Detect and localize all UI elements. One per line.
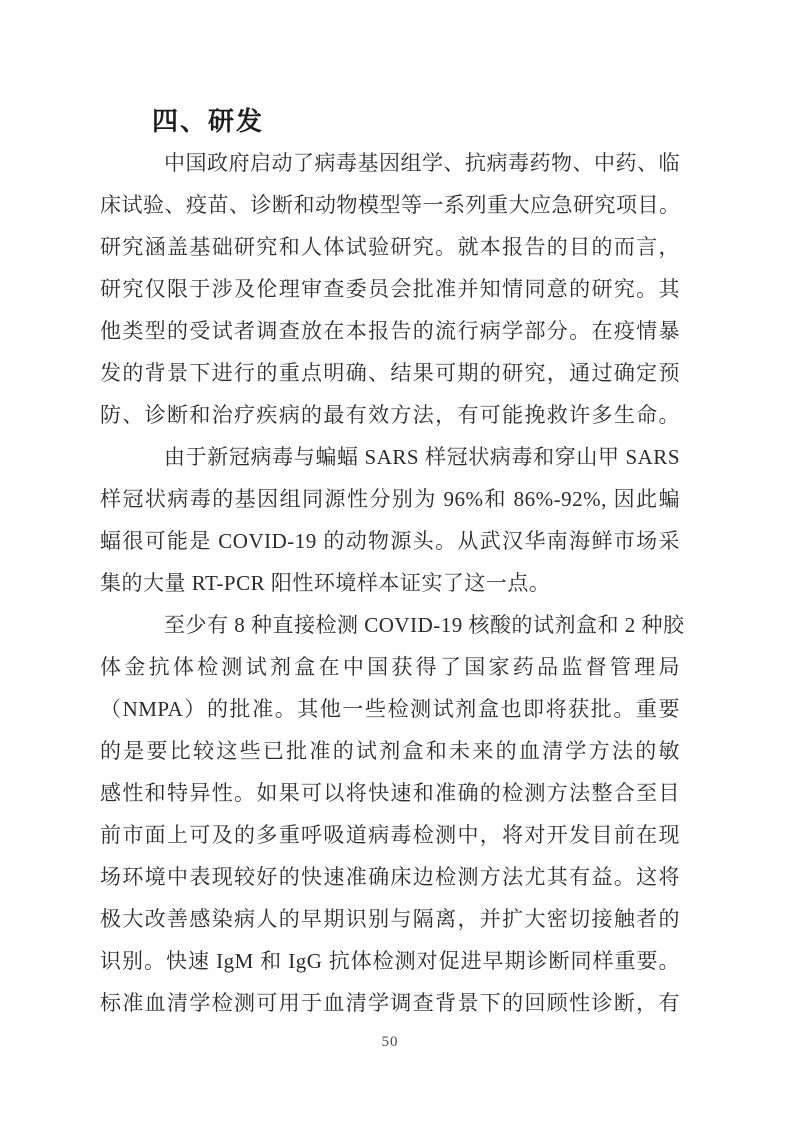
text-line: 感性和特异性。如果可以将快速和准确的检测方法整合至目 (100, 772, 680, 814)
document-page: 四、研发 中国政府启动了病毒基因组学、抗病毒药物、中药、临 床试验、疫苗、诊断和… (0, 0, 800, 1131)
text-line: 发的背景下进行的重点明确、结果可期的研究，通过确定预 (100, 352, 680, 394)
text-line: 至少有 8 种直接检测 COVID-19 核酸的试剂盒和 2 种胶 (100, 604, 680, 646)
text-line: 研究仅限于涉及伦理审查委员会批准并知情同意的研究。其 (100, 268, 680, 310)
text-line: 防、诊断和治疗疾病的最有效方法，有可能挽救许多生命。 (100, 394, 680, 436)
text-line: 样冠状病毒的基因组同源性分别为 96%和 86%-92%, 因此蝙 (100, 478, 680, 520)
text-line: 研究涵盖基础研究和人体试验研究。就本报告的目的而言， (100, 226, 680, 268)
text-line: 中国政府启动了病毒基因组学、抗病毒药物、中药、临 (100, 142, 680, 184)
text-line: 集的大量 RT-PCR 阳性环境样本证实了这一点。 (100, 562, 680, 604)
text-line: 识别。快速 IgM 和 IgG 抗体检测对促进早期诊断同样重要。 (100, 940, 680, 982)
text-line: 前市面上可及的多重呼吸道病毒检测中，将对开发目前在现 (100, 814, 680, 856)
section-heading: 四、研发 (100, 100, 680, 142)
text-line: 他类型的受试者调查放在本报告的流行病学部分。在疫情暴 (100, 310, 680, 352)
text-line: 由于新冠病毒与蝙蝠 SARS 样冠状病毒和穿山甲 SARS (100, 436, 680, 478)
paragraph-2: 由于新冠病毒与蝙蝠 SARS 样冠状病毒和穿山甲 SARS 样冠状病毒的基因组同… (100, 436, 680, 604)
text-line: 标准血清学检测可用于血清学调查背景下的回顾性诊断，有 (100, 982, 680, 1024)
paragraph-3: 至少有 8 种直接检测 COVID-19 核酸的试剂盒和 2 种胶 体金抗体检测… (100, 604, 680, 1024)
text-line: 极大改善感染病人的早期识别与隔离，并扩大密切接触者的 (100, 898, 680, 940)
text-line: 床试验、疫苗、诊断和动物模型等一系列重大应急研究项目。 (100, 184, 680, 226)
text-line: 体金抗体检测试剂盒在中国获得了国家药品监督管理局 (100, 646, 680, 688)
paragraph-1: 中国政府启动了病毒基因组学、抗病毒药物、中药、临 床试验、疫苗、诊断和动物模型等… (100, 142, 680, 436)
text-line: （NMPA）的批准。其他一些检测试剂盒也即将获批。重要 (100, 688, 680, 730)
text-line: 的是要比较这些已批准的试剂盒和未来的血清学方法的敏 (100, 730, 680, 772)
page-number: 50 (100, 1034, 680, 1051)
text-line: 蝠很可能是 COVID-19 的动物源头。从武汉华南海鲜市场采 (100, 520, 680, 562)
text-line: 场环境中表现较好的快速准确床边检测方法尤其有益。这将 (100, 856, 680, 898)
